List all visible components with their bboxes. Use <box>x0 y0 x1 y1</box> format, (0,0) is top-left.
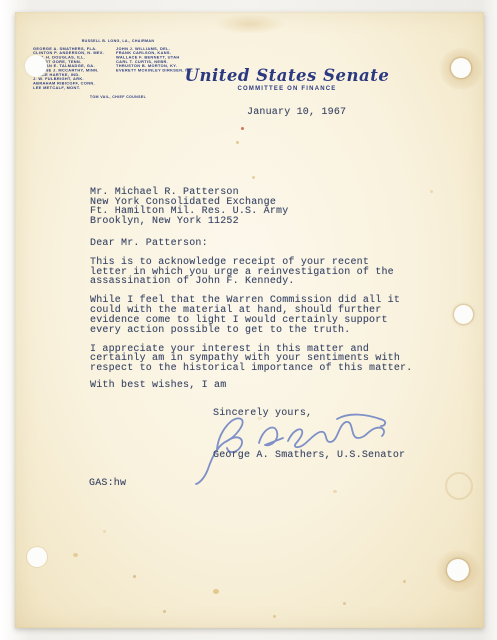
punch-hole-right-top <box>451 58 471 78</box>
punch-hole-right-bottom <box>447 559 469 581</box>
chief-counsel-line: TOM VAIL, CHIEF COUNSEL <box>33 95 203 99</box>
address-line: Brooklyn, New York 11252 <box>90 217 288 227</box>
foxing-speck <box>273 615 276 618</box>
body-paragraph: This is to acknowledge receipt of your r… <box>90 258 420 287</box>
recipient-address-block: Mr. Michael R. PattersonNew York Consoli… <box>90 188 288 227</box>
foxing-speck <box>133 575 136 578</box>
foxing-speck <box>163 610 166 613</box>
senate-letterhead-title: United States Senate <box>177 66 397 85</box>
typed-signature-name: George A. Smathers, U.S.Senator <box>213 451 405 461</box>
chairman-line: RUSSELL B. LONG, LA., CHAIRMAN <box>33 39 203 43</box>
punch-hole-right-middle <box>454 305 473 324</box>
salutation: Dear Mr. Patterson: <box>90 239 208 249</box>
hole-ghost-ring <box>445 472 473 500</box>
foxing-speck <box>236 141 239 144</box>
punch-hole-left-top <box>25 55 47 77</box>
reference-initials: GAS:hw <box>89 479 126 489</box>
foxing-speck <box>252 176 255 179</box>
committee-name: COMMITTEE ON FINANCE <box>177 86 397 92</box>
body-paragraph: I appreciate your interest in this matte… <box>90 345 420 374</box>
member-name: LEE METCALF, MONT. <box>33 86 116 90</box>
letter-body: This is to acknowledge receipt of your r… <box>90 258 420 383</box>
punch-hole-left-bottom <box>27 547 47 567</box>
foxing-speck <box>258 417 262 420</box>
letter-page: RUSSELL B. LONG, LA., CHAIRMAN GEORGE A.… <box>15 12 484 628</box>
signoff-line: Sincerely yours, <box>213 409 312 419</box>
foxing-speck <box>73 553 78 557</box>
foxing-speck <box>403 580 406 583</box>
closing-line: With best wishes, I am <box>90 381 226 391</box>
foxing-speck <box>241 127 244 130</box>
stain-top-center <box>215 14 285 34</box>
foxing-speck <box>333 490 337 493</box>
foxing-speck <box>213 589 219 594</box>
body-paragraph: While I feel that the Warren Commission … <box>90 296 420 335</box>
foxing-speck <box>103 530 106 533</box>
date-line: January 10, 1967 <box>247 108 346 118</box>
foxing-speck <box>343 602 346 605</box>
foxing-speck <box>430 190 433 193</box>
